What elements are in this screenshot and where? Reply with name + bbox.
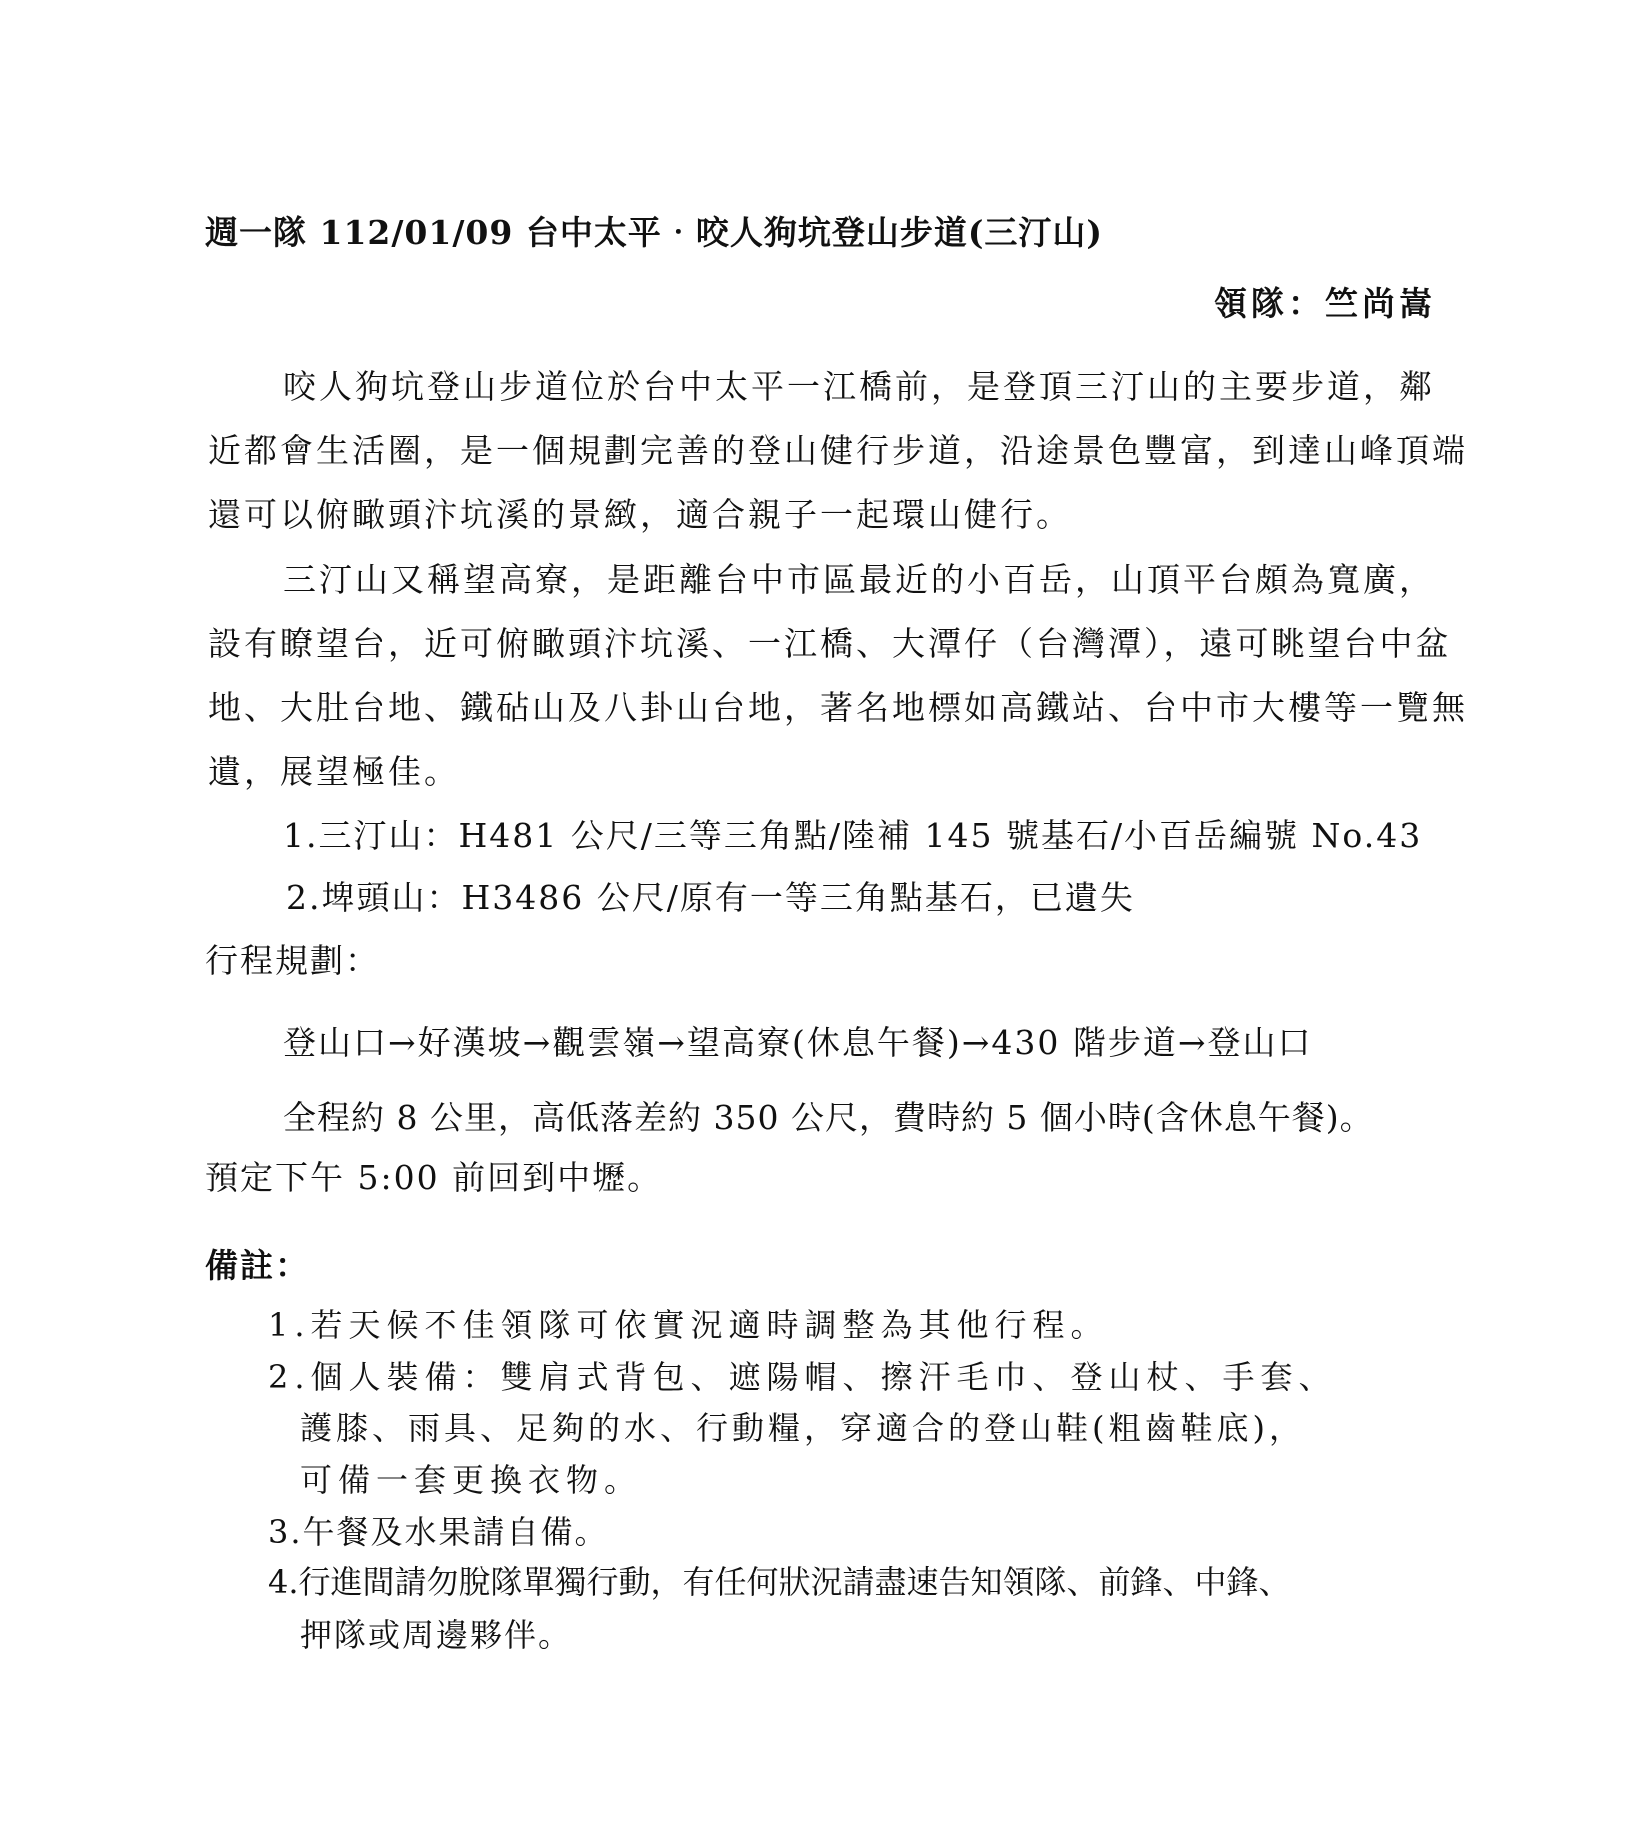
document-title: 週一隊 112/01/09 台中太平‧咬人狗坑登山步道(三汀山): [205, 207, 1103, 254]
description-paragraph: 三汀山又稱望高寮，是距離台中市區最近的小百岳，山頂平台頗為寬廣，設有瞭望台，近可…: [208, 548, 1468, 804]
team-leader: 領隊：竺尚嵩: [1214, 278, 1436, 325]
note-item-1: 1.若天候不佳領隊可依實況適時調整為其他行程。: [268, 1300, 1109, 1346]
itinerary-heading: 行程規劃：: [205, 935, 380, 982]
note-item-3: 3.午餐及水果請自備。: [268, 1507, 609, 1553]
itinerary-route: 登山口→好漢坡→觀雲嶺→望高寮(休息午餐)→430 階步道→登山口: [283, 1017, 1312, 1064]
notes-heading: 備註：: [205, 1240, 310, 1287]
return-time: 預定下午 5:00 前回到中壢。: [205, 1152, 662, 1199]
document-page: 週一隊 112/01/09 台中太平‧咬人狗坑登山步道(三汀山) 領隊：竺尚嵩 …: [0, 0, 1648, 1832]
note-item-4-line-1: 4.行進間請勿脫隊單獨行動，有任何狀況請盡速告知領隊、前鋒、中鋒、: [268, 1557, 1291, 1603]
itinerary-summary: 全程約 8 公里，高低落差約 350 公尺，費時約 5 個小時(含休息午餐)。: [283, 1092, 1374, 1139]
note-item-2-line-1: 2.個人裝備：雙肩式背包、遮陽帽、擦汗毛巾、登山杖、手套、: [268, 1352, 1337, 1398]
note-item-2-line-2: 護膝、雨具、足夠的水、行動糧，穿適合的登山鞋(粗齒鞋底)，: [300, 1403, 1305, 1449]
note-item-4-line-2: 押隊或周邊夥伴。: [300, 1610, 572, 1656]
peak-info-1: 1.三汀山：H481 公尺/三等三角點/陸補 145 號基石/小百岳編號 No.…: [283, 810, 1422, 857]
intro-paragraph: 咬人狗坑登山步道位於台中太平一江橋前，是登頂三汀山的主要步道，鄰近都會生活圈，是…: [208, 355, 1468, 547]
note-item-2-line-3: 可備一套更換衣物。: [300, 1455, 642, 1501]
peak-info-2: 2.埤頭山：H3486 公尺/原有一等三角點基石，已遺失: [286, 872, 1135, 919]
